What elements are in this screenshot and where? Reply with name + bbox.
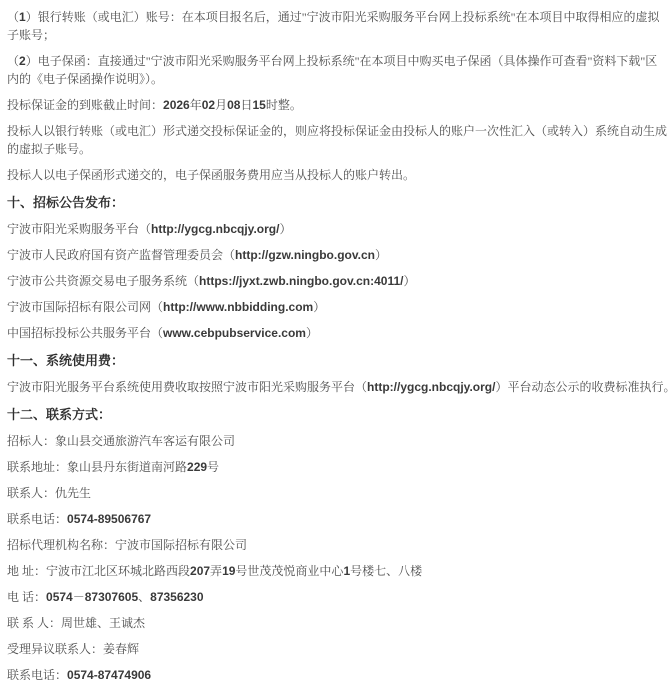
text-line: 联系人：仇先生 [7, 484, 671, 502]
paragraph: 宁波市阳光服务平台系统使用费收取按照宁波市阳光采购服务平台（http://ygc… [7, 378, 671, 396]
text-line: 十二、联系方式： [7, 406, 671, 424]
text-line: 十一、系统使用费： [7, 352, 671, 370]
text-line: 宁波市公共资源交易电子服务系统（https://jyxt.zwb.ningbo.… [7, 272, 671, 290]
paragraph: 投标人以银行转账（或电汇）形式递交投标保证金的，则应将投标保证金由投标人的账户一… [7, 122, 671, 158]
paragraph: 宁波市人民政府国有资产监督管理委员会（http://gzw.ningbo.gov… [7, 246, 671, 264]
paragraph: 联系人：仇先生 [7, 484, 671, 502]
paragraph: 地 址：宁波市江北区环城北路西段207弄19号世茂茂悦商业中心1号楼七、八楼 [7, 562, 671, 580]
text-line: 子账号； [7, 26, 671, 44]
section-heading: 十、招标公告发布： [7, 194, 671, 212]
document-body: （1）银行转账（或电汇）账号：在本项目报名后，通过"宁波市阳光采购服务平台网上投… [7, 8, 671, 680]
text-line: （1）银行转账（或电汇）账号：在本项目报名后，通过"宁波市阳光采购服务平台网上投… [7, 8, 671, 26]
text-line: 招标人：象山县交通旅游汽车客运有限公司 [7, 432, 671, 450]
text-line: 宁波市阳光服务平台系统使用费收取按照宁波市阳光采购服务平台（http://ygc… [7, 378, 671, 396]
text-line: 中国招标投标公共服务平台（www.cebpubservice.com） [7, 324, 671, 342]
text-line: 投标保证金的到账截止时间：2026年02月08日15时整。 [7, 96, 671, 114]
latin-text: 02 [202, 98, 215, 112]
latin-text: 0574-87474906 [67, 668, 151, 680]
text-line: 电 话：0574－87307605、87356230 [7, 588, 671, 606]
text-line: 宁波市阳光采购服务平台（http://ygcg.nbcqjy.org/） [7, 220, 671, 238]
latin-text: 87307605 [85, 590, 138, 604]
latin-text: http://gzw.ningbo.gov.cn [235, 248, 375, 262]
text-line: 的虚拟子账号。 [7, 140, 671, 158]
text-line: 投标人以电子保函形式递交的，电子保函服务费用应当从投标人的账户转出。 [7, 166, 671, 184]
paragraph: 联系地址：象山县丹东街道南河路229号 [7, 458, 671, 476]
section-heading: 十二、联系方式： [7, 406, 671, 424]
paragraph: 中国招标投标公共服务平台（www.cebpubservice.com） [7, 324, 671, 342]
paragraph: 投标人以电子保函形式递交的，电子保函服务费用应当从投标人的账户转出。 [7, 166, 671, 184]
latin-text: 2 [19, 54, 26, 68]
paragraph: 招标代理机构名称：宁波市国际招标有限公司 [7, 536, 671, 554]
latin-text: 207 [190, 564, 210, 578]
latin-text: 08 [227, 98, 240, 112]
latin-text: https://jyxt.zwb.ningbo.gov.cn:4011/ [199, 274, 403, 288]
text-line: 十、招标公告发布： [7, 194, 671, 212]
text-line: 宁波市国际招标有限公司网（http://www.nbbidding.com） [7, 298, 671, 316]
latin-text: 1 [19, 10, 26, 24]
paragraph: 联 系 人：周世雄、王诚杰 [7, 614, 671, 632]
latin-text: www.cebpubservice.com [163, 326, 306, 340]
text-line: 招标代理机构名称：宁波市国际招标有限公司 [7, 536, 671, 554]
latin-text: http://ygcg.nbcqjy.org/ [151, 222, 279, 236]
paragraph: 招标人：象山县交通旅游汽车客运有限公司 [7, 432, 671, 450]
paragraph: （2）电子保函：直接通过"宁波市阳光采购服务平台网上投标系统"在本项目中购买电子… [7, 52, 671, 88]
latin-text: 15 [252, 98, 265, 112]
latin-text: http://ygcg.nbcqjy.org/ [367, 380, 495, 394]
text-line: 受理异议联系人：姜春辉 [7, 640, 671, 658]
latin-text: 0574 [46, 590, 73, 604]
paragraph: 联系电话：0574-89506767 [7, 510, 671, 528]
text-line: 联系地址：象山县丹东街道南河路229号 [7, 458, 671, 476]
text-line: 内的《电子保函操作说明》）。 [7, 70, 671, 88]
paragraph: 受理异议联系人：姜春辉 [7, 640, 671, 658]
paragraph: （1）银行转账（或电汇）账号：在本项目报名后，通过"宁波市阳光采购服务平台网上投… [7, 8, 671, 44]
text-line: 联系电话：0574-89506767 [7, 510, 671, 528]
text-line: 宁波市人民政府国有资产监督管理委员会（http://gzw.ningbo.gov… [7, 246, 671, 264]
latin-text: 19 [222, 564, 235, 578]
paragraph: 宁波市公共资源交易电子服务系统（https://jyxt.zwb.ningbo.… [7, 272, 671, 290]
paragraph: 宁波市国际招标有限公司网（http://www.nbbidding.com） [7, 298, 671, 316]
paragraph: 投标保证金的到账截止时间：2026年02月08日15时整。 [7, 96, 671, 114]
section-heading: 十一、系统使用费： [7, 352, 671, 370]
latin-text: 2026 [163, 98, 190, 112]
latin-text: 1 [343, 564, 350, 578]
paragraph: 电 话：0574－87307605、87356230 [7, 588, 671, 606]
text-line: 联 系 人：周世雄、王诚杰 [7, 614, 671, 632]
text-line: 投标人以银行转账（或电汇）形式递交投标保证金的，则应将投标保证金由投标人的账户一… [7, 122, 671, 140]
latin-text: 0574-89506767 [67, 512, 151, 526]
latin-text: 229 [187, 460, 207, 474]
tender-announcement-document: （1）银行转账（或电汇）账号：在本项目报名后，通过"宁波市阳光采购服务平台网上投… [0, 0, 671, 680]
paragraph: 宁波市阳光采购服务平台（http://ygcg.nbcqjy.org/） [7, 220, 671, 238]
latin-text: http://www.nbbidding.com [163, 300, 313, 314]
paragraph: 联系电话：0574-87474906 [7, 666, 671, 680]
latin-text: 87356230 [150, 590, 203, 604]
text-line: 联系电话：0574-87474906 [7, 666, 671, 680]
text-line: （2）电子保函：直接通过"宁波市阳光采购服务平台网上投标系统"在本项目中购买电子… [7, 52, 671, 70]
text-line: 地 址：宁波市江北区环城北路西段207弄19号世茂茂悦商业中心1号楼七、八楼 [7, 562, 671, 580]
